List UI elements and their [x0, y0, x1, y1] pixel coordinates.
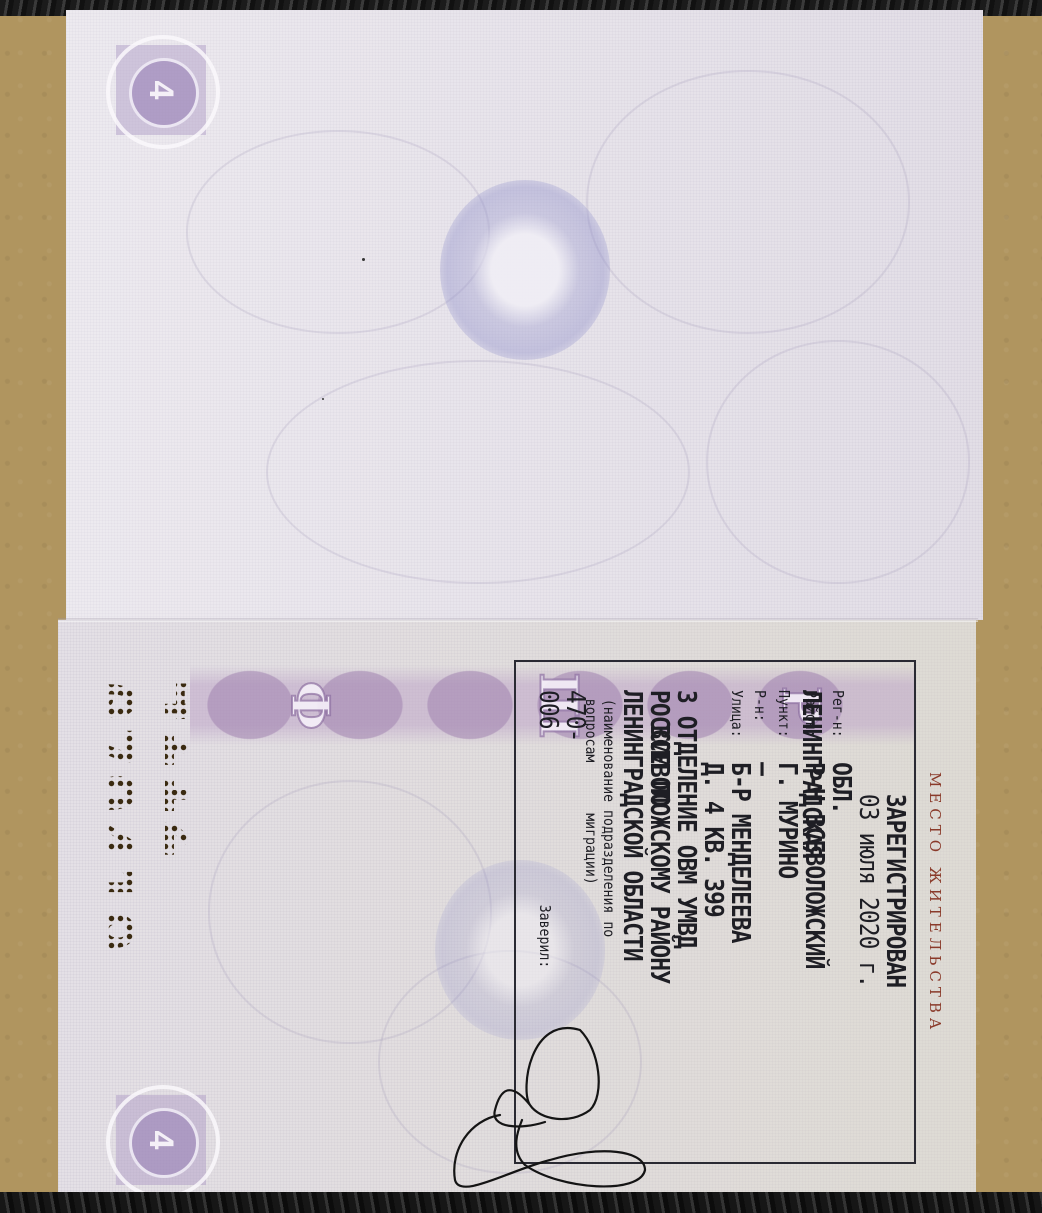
signature	[430, 1010, 660, 1200]
stamp-street: Улица:Б-Р МЕНДЕЛЕЕВА	[726, 690, 753, 987]
page-number-upper: 4	[96, 25, 226, 155]
stamp-date: 03 июля 2020 г.	[854, 690, 881, 987]
passport-cover-edge-bottom	[0, 1192, 1042, 1213]
perforated-digits: 4112 079419	[108, 680, 188, 1180]
stamp-subdistrict: Р-н:—	[753, 690, 773, 987]
stamp-locality: Пункт:Г. МУРИНО	[773, 690, 800, 987]
stamp-region: Рег-н:ОБЛ. ЛЕНИНГРАДСКАЯ	[827, 690, 854, 987]
stamp-authority-1: 3 ОТДЕЛЕНИЕ ОВМ УМВД РОССИИ ПО	[672, 690, 699, 987]
stamp-caption-1: (наименование подразделения по вопросам	[600, 690, 618, 987]
stamp-district: Район:Р-Н ВСЕВОЛОЖСКИЙ	[800, 690, 827, 987]
perforated-series-number: 4112 079419	[108, 680, 188, 1180]
watermark-upper	[440, 180, 610, 360]
stamp-authority-2: ВСЕВОЛОЖСКОМУ РАЙОНУ	[645, 690, 672, 987]
stamp-title: ЗАРЕГИСТРИРОВАН	[881, 690, 908, 987]
page-number-ornament-upper: 4	[96, 25, 226, 155]
paper-speck	[362, 258, 365, 261]
stamp-code: 470-006Заверил:	[561, 690, 588, 987]
stamp-house: Д. 4 КВ. 399	[699, 690, 726, 987]
paper-speck	[322, 398, 324, 400]
page-fold	[58, 618, 978, 622]
registration-stamp: ЗАРЕГИСТРИРОВАН 03 июля 2020 г. Рег-н:ОБ…	[561, 690, 908, 1028]
section-header: МЕСТО ЖИТЕЛЬСТВА	[926, 772, 944, 1034]
stamp-authority-3: ЛЕНИНГРАДСКОЙ ОБЛАСТИ	[618, 690, 645, 987]
